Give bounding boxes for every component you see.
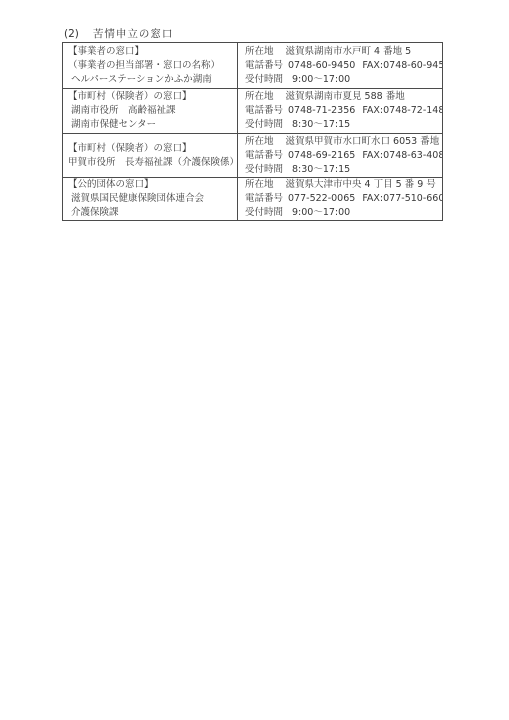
address-line: 所在地滋賀県大津市中央 4 丁目 5 番 9 号 [245, 178, 440, 192]
hours-value: 8:30～17:15 [292, 119, 350, 130]
window-org-name: 湖南市役所 高齢福祉課 [68, 104, 235, 118]
hours-line: 受付時間8:30～17:15 [245, 163, 440, 177]
fax-value: FAX:0748-63-4085 [362, 150, 442, 161]
phone-label: 電話番号 [245, 150, 283, 161]
window-name-cell: 【市町村（保険者）の窓口】 湖南市役所 高齢福祉課 湖南市保健センター [63, 89, 238, 133]
window-subtitle: （事業者の担当部署・窓口の名称） [68, 59, 235, 73]
hours-value: 9:00～17:00 [292, 74, 350, 85]
phone-value: 0748-60-9450 [288, 60, 355, 71]
phone-value: 0748-69-2165 [288, 150, 355, 161]
window-title: 【市町村（保険者）の窓口】 [68, 142, 235, 156]
window-title: 【公的団体の窓口】 [68, 178, 235, 192]
window-org-name: ヘルパーステーションかふか湖南 [68, 73, 235, 87]
section-number: (2) [64, 28, 79, 40]
table-row: 【事業者の窓口】 （事業者の担当部署・窓口の名称） ヘルパーステーションかふか湖… [63, 43, 442, 88]
address-label: 所在地 [245, 46, 274, 57]
window-org-name: 介護保険課 [68, 206, 235, 220]
window-org-name: 滋賀県国民健康保険団体連合会 [68, 192, 235, 206]
address-line: 所在地滋賀県甲賀市水口町水口 6053 番地 [245, 135, 440, 149]
window-org-name: 甲賀市役所 長寿福祉課（介護保険係） [68, 156, 235, 170]
phone-label: 電話番号 [245, 193, 283, 204]
hours-label: 受付時間 [245, 119, 283, 130]
contact-info-cell: 所在地滋賀県湖南市夏見 588 番地 電話番号0748-71-2356FAX:0… [238, 89, 442, 133]
section-heading: (2)苦情申立の窓口 [64, 27, 173, 41]
table-row: 【公的団体の窓口】 滋賀県国民健康保険団体連合会 介護保険課 所在地滋賀県大津市… [63, 177, 442, 220]
address-label: 所在地 [245, 136, 274, 147]
hours-line: 受付時間8:30～17:15 [245, 118, 440, 132]
complaint-contacts-table: 【事業者の窓口】 （事業者の担当部署・窓口の名称） ヘルパーステーションかふか湖… [62, 42, 443, 221]
address-label: 所在地 [245, 179, 274, 190]
window-title: 【事業者の窓口】 [68, 45, 235, 59]
window-name-cell: 【公的団体の窓口】 滋賀県国民健康保険団体連合会 介護保険課 [63, 178, 238, 220]
phone-label: 電話番号 [245, 105, 283, 116]
phone-line: 電話番号077-522-0065FAX:077-510-6606 [245, 192, 440, 206]
address-value: 滋賀県大津市中央 4 丁目 5 番 9 号 [286, 179, 436, 190]
window-name-cell: 【市町村（保険者）の窓口】 甲賀市役所 長寿福祉課（介護保険係） [63, 134, 238, 177]
phone-value: 0748-71-2356 [288, 105, 355, 116]
fax-value: FAX:0748-60-9451 [362, 60, 442, 71]
address-value: 滋賀県湖南市夏見 588 番地 [286, 91, 405, 102]
phone-value: 077-522-0065 [288, 193, 355, 204]
address-line: 所在地滋賀県湖南市夏見 588 番地 [245, 90, 440, 104]
fax-value: FAX:0748-72-1481 [362, 105, 442, 116]
hours-line: 受付時間9:00～17:00 [245, 73, 440, 87]
table-row: 【市町村（保険者）の窓口】 甲賀市役所 長寿福祉課（介護保険係） 所在地滋賀県甲… [63, 133, 442, 177]
address-line: 所在地滋賀県湖南市水戸町 4 番地 5 [245, 45, 440, 59]
address-value: 滋賀県湖南市水戸町 4 番地 5 [286, 46, 412, 57]
fax-value: FAX:077-510-6606 [362, 193, 442, 204]
scanned-document-page: (2)苦情申立の窓口 【事業者の窓口】 （事業者の担当部署・窓口の名称） ヘルパ… [0, 0, 509, 720]
section-title: 苦情申立の窓口 [93, 28, 174, 40]
phone-label: 電話番号 [245, 60, 283, 71]
hours-label: 受付時間 [245, 74, 283, 85]
window-name-cell: 【事業者の窓口】 （事業者の担当部署・窓口の名称） ヘルパーステーションかふか湖… [63, 43, 238, 88]
hours-line: 受付時間9:00～17:00 [245, 206, 440, 220]
phone-line: 電話番号0748-60-9450FAX:0748-60-9451 [245, 59, 440, 73]
hours-value: 8:30～17:15 [292, 164, 350, 175]
address-label: 所在地 [245, 91, 274, 102]
hours-label: 受付時間 [245, 207, 283, 218]
table-row: 【市町村（保険者）の窓口】 湖南市役所 高齢福祉課 湖南市保健センター 所在地滋… [63, 88, 442, 133]
window-title: 【市町村（保険者）の窓口】 [68, 90, 235, 104]
phone-line: 電話番号0748-69-2165FAX:0748-63-4085 [245, 149, 440, 163]
hours-label: 受付時間 [245, 164, 283, 175]
address-value: 滋賀県甲賀市水口町水口 6053 番地 [286, 136, 440, 147]
hours-value: 9:00～17:00 [292, 207, 350, 218]
contact-info-cell: 所在地滋賀県大津市中央 4 丁目 5 番 9 号 電話番号077-522-006… [238, 178, 442, 220]
contact-info-cell: 所在地滋賀県湖南市水戸町 4 番地 5 電話番号0748-60-9450FAX:… [238, 43, 442, 88]
contact-info-cell: 所在地滋賀県甲賀市水口町水口 6053 番地 電話番号0748-69-2165F… [238, 134, 442, 177]
phone-line: 電話番号0748-71-2356FAX:0748-72-1481 [245, 104, 440, 118]
window-org-name: 湖南市保健センター [68, 118, 235, 132]
